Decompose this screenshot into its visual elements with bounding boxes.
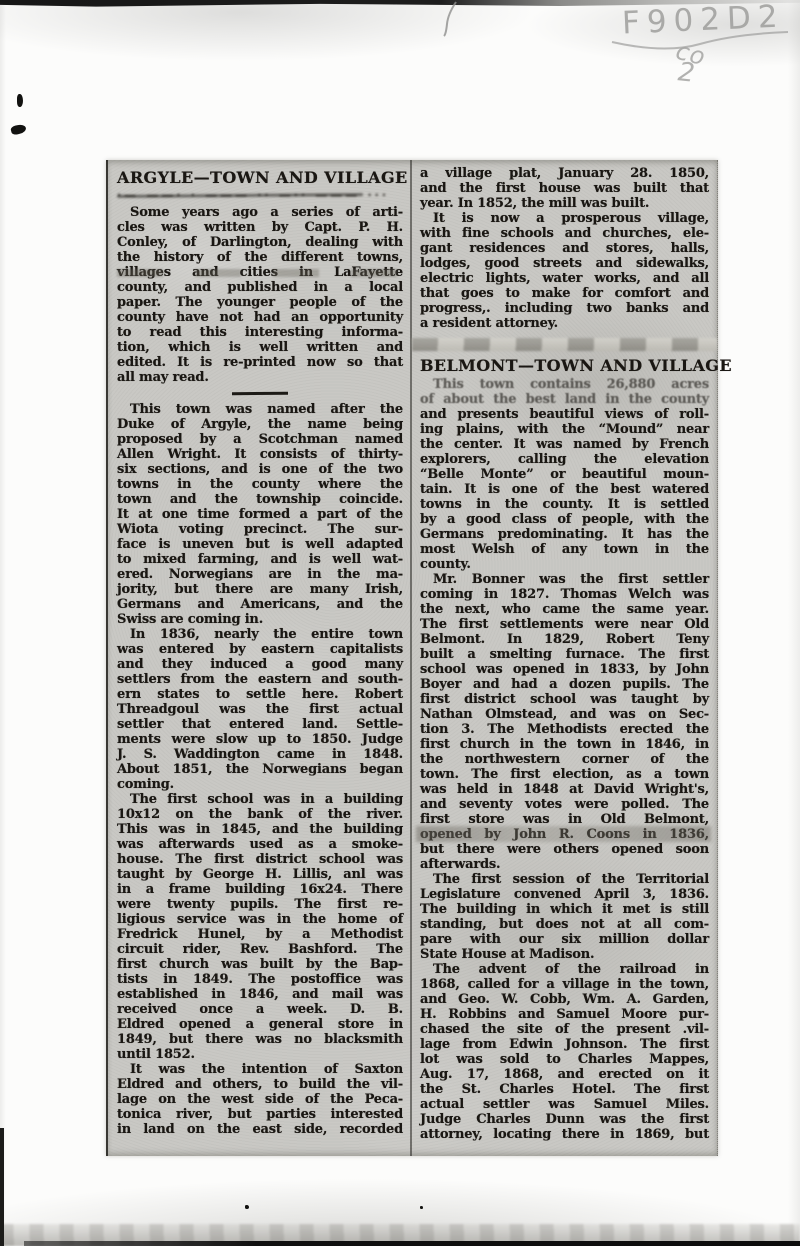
text-line: lodges, good streets and sidewalks, xyxy=(420,256,709,271)
paragraph: It was the intention of SaxtonEldred and… xyxy=(117,1062,403,1137)
text-line: settlers from the eastern and south- xyxy=(117,672,403,687)
text-line: that goes to make for comfort and xyxy=(420,286,709,301)
text-line: coming. xyxy=(117,777,403,792)
text-line: Mr. Bonner was the first settler xyxy=(420,572,709,587)
ink-speck xyxy=(245,1205,249,1209)
ink-speck xyxy=(10,123,27,135)
text-line: coming in 1827. Thomas Welch was xyxy=(420,587,709,602)
text-line: six sections, and is one of the two xyxy=(117,462,403,477)
paragraph: Some years ago a series of arti-cles was… xyxy=(117,205,403,385)
text-line: were twenty pupils. The first re- xyxy=(117,897,403,912)
text-line: edited. It is re-printed now so that xyxy=(117,355,403,370)
text-line: face is uneven but is well adapted xyxy=(117,537,403,552)
text-line: Nathan Olmstead, and was on Sec- xyxy=(420,707,709,722)
scan-edge-left xyxy=(0,1128,4,1246)
text-line: State House at Madison. xyxy=(420,947,709,962)
text-line: but there were others opened soon xyxy=(420,842,709,857)
pen-slash xyxy=(444,2,456,36)
text-line: county have not had an opportunity xyxy=(117,310,403,325)
text-line: electric lights, water works, and all xyxy=(420,271,709,286)
text-line: This was in 1845, and the building xyxy=(117,822,403,837)
text-line: 1868, called for a village in the town, xyxy=(420,977,709,992)
text-line: tion, which is well written and xyxy=(117,340,403,355)
text-line: year. In 1852, the mill was built. xyxy=(420,196,709,211)
text-line: progress,. including two banks and xyxy=(420,301,709,316)
text-line: a resident attorney. xyxy=(420,316,709,331)
text-line: Judge Charles Dunn was the first xyxy=(420,1112,709,1127)
text-line: Belmont. In 1829, Robert Teny xyxy=(420,632,709,647)
text-line: The first school was in a building xyxy=(117,792,403,807)
article-column-left: ARGYLE—TOWN AND VILLAGE·— ——· · ——— ·· —… xyxy=(106,160,412,1156)
text-line: tion 3. The Methodists erected the xyxy=(420,722,709,737)
text-line: proposed by a Scotchman named xyxy=(117,432,403,447)
text-line: Some years ago a series of arti- xyxy=(117,205,403,220)
text-line: tain. It is one of the best watered xyxy=(420,482,709,497)
text-line: the center. It was named by French xyxy=(420,437,709,452)
text-line: attorney, locating there in 1869, but xyxy=(420,1127,709,1142)
text-line: the history of the different towns, xyxy=(117,250,403,265)
text-line: county. xyxy=(420,557,709,572)
text-line: actual settler was Samuel Miles. xyxy=(420,1097,709,1112)
text-line: chased the site of the present .vil- xyxy=(420,1022,709,1037)
paragraph: The first school was in a building10x12 … xyxy=(117,792,403,1062)
text-line: first store was in Old Belmont, xyxy=(420,812,709,827)
text-line: afterwards. xyxy=(420,857,709,872)
text-line: the next, who came the same year. xyxy=(420,602,709,617)
text-line: first district school was taught by xyxy=(420,692,709,707)
text-line: standing, but does not at all com- xyxy=(420,917,709,932)
text-line: and seventy votes were polled. The xyxy=(420,797,709,812)
paragraph: Mr. Bonner was the first settlercoming i… xyxy=(420,572,709,872)
text-line: Threadgoul was the first actual xyxy=(117,702,403,717)
text-line: Duke of Argyle, the name being xyxy=(117,417,403,432)
text-line: The first settlements were near Old xyxy=(420,617,709,632)
text-line: Germans predominating. It has the xyxy=(420,527,709,542)
scan-edge-bottom xyxy=(24,1241,800,1246)
text-line: of about the best land in the county xyxy=(420,392,709,407)
text-line: ern states to settle here. Robert xyxy=(117,687,403,702)
section-divider xyxy=(232,392,288,395)
argyle-headline: ARGYLE—TOWN AND VILLAGE xyxy=(117,168,403,188)
text-line: ments were slow up to 1850. Judge xyxy=(117,732,403,747)
ink-speck xyxy=(17,94,23,107)
ink-speck xyxy=(420,1206,423,1209)
text-line: The advent of the railroad in xyxy=(420,962,709,977)
text-line: a village plat, January 28. 1850, xyxy=(420,166,709,181)
text-line: It was the intention of Saxton xyxy=(117,1062,403,1077)
newspaper-clipping: ARGYLE—TOWN AND VILLAGE·— ——· · ——— ·· —… xyxy=(106,160,718,1156)
text-line: 10x12 on the bank of the river. xyxy=(117,807,403,822)
text-line: was afterwards used as a smoke- xyxy=(117,837,403,852)
text-line: taught by George H. Lillis, anl was xyxy=(117,867,403,882)
text-line: The first session of the Territorial xyxy=(420,872,709,887)
text-line: house. The first district school was xyxy=(117,852,403,867)
text-line: was entered by eastern capitalists xyxy=(117,642,403,657)
smudged-text-line: ·— ——· · ——— ·· —·· ——— ···— xyxy=(117,189,403,203)
text-line: 1849, but there was no blacksmith xyxy=(117,1032,403,1047)
text-line: pare with our six million dollar xyxy=(420,932,709,947)
text-line: paper. The younger people of the xyxy=(117,295,403,310)
paragraph: This town was named after theDuke of Arg… xyxy=(117,402,403,627)
text-line: school was opened in 1833, by John xyxy=(420,662,709,677)
text-line: and presents beautiful views of roll- xyxy=(420,407,709,422)
text-line: About 1851, the Norwegians began xyxy=(117,762,403,777)
text-line: cles was written by Capt. P. H. xyxy=(117,220,403,235)
text-line: It at one time formed a part of the xyxy=(117,507,403,522)
text-line: J. S. Waddington came in 1848. xyxy=(117,747,403,762)
text-line: Allen Wright. It consists of thirty- xyxy=(117,447,403,462)
article-column-right: a village plat, January 28. 1850,and the… xyxy=(412,160,718,1156)
text-line: villages and cities in LaFayette xyxy=(117,265,403,280)
text-line: tists in 1849. The postoffice was xyxy=(117,972,403,987)
text-line: Boyer and had a dozen pupils. The xyxy=(420,677,709,692)
text-line: to read this interesting informa- xyxy=(117,325,403,340)
text-line: was held in 1848 at David Wright's, xyxy=(420,782,709,797)
text-line: town and the township coincide. xyxy=(117,492,403,507)
text-line: built a smelting furnace. The first xyxy=(420,647,709,662)
paragraph: In 1836, nearly the entire townwas enter… xyxy=(117,627,403,792)
paragraph: It is now a prosperous village,with fine… xyxy=(420,211,709,331)
text-line: Aug. 17, 1868, and erected on it xyxy=(420,1067,709,1082)
text-line: in land on the east side, recorded xyxy=(117,1122,403,1137)
text-line: Conley, of Darlington, dealing with xyxy=(117,235,403,250)
text-line: gant residences and stores, halls, xyxy=(420,241,709,256)
text-line: This town was named after the xyxy=(117,402,403,417)
text-line: towns in the county. It is settled xyxy=(420,497,709,512)
text-line: the northwestern corner of the xyxy=(420,752,709,767)
text-line: to mixed farming, and is well wat- xyxy=(117,552,403,567)
text-line: and Geo. W. Cobb, Wm. A. Garden, xyxy=(420,992,709,1007)
text-line: Germans and Americans, and the xyxy=(117,597,403,612)
text-line: Swiss are coming in. xyxy=(117,612,403,627)
text-line: lot was sold to Charles Mappes, xyxy=(420,1052,709,1067)
paragraph: The first session of the TerritorialLegi… xyxy=(420,872,709,962)
text-line: lage on the west side of the Peca- xyxy=(117,1092,403,1107)
text-line: received once a week. D. B. xyxy=(117,1002,403,1017)
torn-paper-band xyxy=(412,338,717,351)
text-line: Eldred opened a general store in xyxy=(117,1017,403,1032)
text-line: Fredrick Hunel, by a Methodist xyxy=(117,927,403,942)
paragraph: a village plat, January 28. 1850,and the… xyxy=(420,166,709,211)
text-line: tonica river, but parties interested xyxy=(117,1107,403,1122)
text-line: H. Robbins and Samuel Moore pur- xyxy=(420,1007,709,1022)
text-line: first church was built by the Bap- xyxy=(117,957,403,972)
text-line: in a frame building 16x24. There xyxy=(117,882,403,897)
paragraph: This town contains 26,880 acresof about … xyxy=(420,377,709,572)
text-line: town. The first election, as a town xyxy=(420,767,709,782)
text-line: In 1836, nearly the entire town xyxy=(117,627,403,642)
handwritten-mark-lower: 2 xyxy=(676,57,696,89)
text-line: This town contains 26,880 acres xyxy=(420,377,709,392)
text-line: towns in the county where the xyxy=(117,477,403,492)
text-line: county, and published in a local xyxy=(117,280,403,295)
text-line: The building in which it met is still xyxy=(420,902,709,917)
text-line: by a good class of people, with the xyxy=(420,512,709,527)
text-line: settler that entered land. Settle- xyxy=(117,717,403,732)
text-line: ered. Norwegians are in the ma- xyxy=(117,567,403,582)
text-line: ligious service was in the home of xyxy=(117,912,403,927)
handwritten-catalog-code: F902D2 xyxy=(621,0,785,42)
text-line: all may read. xyxy=(117,370,403,385)
text-line: circuit rider, Rev. Bashford. The xyxy=(117,942,403,957)
text-line: Wiota voting precinct. The sur- xyxy=(117,522,403,537)
text-line: ing plains, with the “Mound” near xyxy=(420,422,709,437)
text-line: Legislature convened April 3, 1836. xyxy=(420,887,709,902)
text-line: and the first house was built that xyxy=(420,181,709,196)
text-line: first church in the town in 1846, in xyxy=(420,737,709,752)
text-line: opened by John R. Coons in 1836, xyxy=(420,827,709,842)
text-line: the St. Charles Hotel. The first xyxy=(420,1082,709,1097)
text-line: and they induced a good many xyxy=(117,657,403,672)
text-line: jority, but there are many Irish, xyxy=(117,582,403,597)
paragraph: The advent of the railroad in1868, calle… xyxy=(420,962,709,1142)
text-line: “Belle Monte” or beautiful moun- xyxy=(420,467,709,482)
text-line: It is now a prosperous village, xyxy=(420,211,709,226)
text-line: until 1852. xyxy=(117,1047,403,1062)
text-line: lage from Edwin Johnson. The first xyxy=(420,1037,709,1052)
text-line: with fine schools and churches, ele- xyxy=(420,226,709,241)
text-line: Eldred and others, to build the vil- xyxy=(117,1077,403,1092)
text-line: most Welsh of any town in the xyxy=(420,542,709,557)
belmont-headline: BELMONT—TOWN AND VILLAGE xyxy=(420,356,709,376)
text-line: established in 1846, and mail was xyxy=(117,987,403,1002)
text-line: explorers, calling the elevation xyxy=(420,452,709,467)
